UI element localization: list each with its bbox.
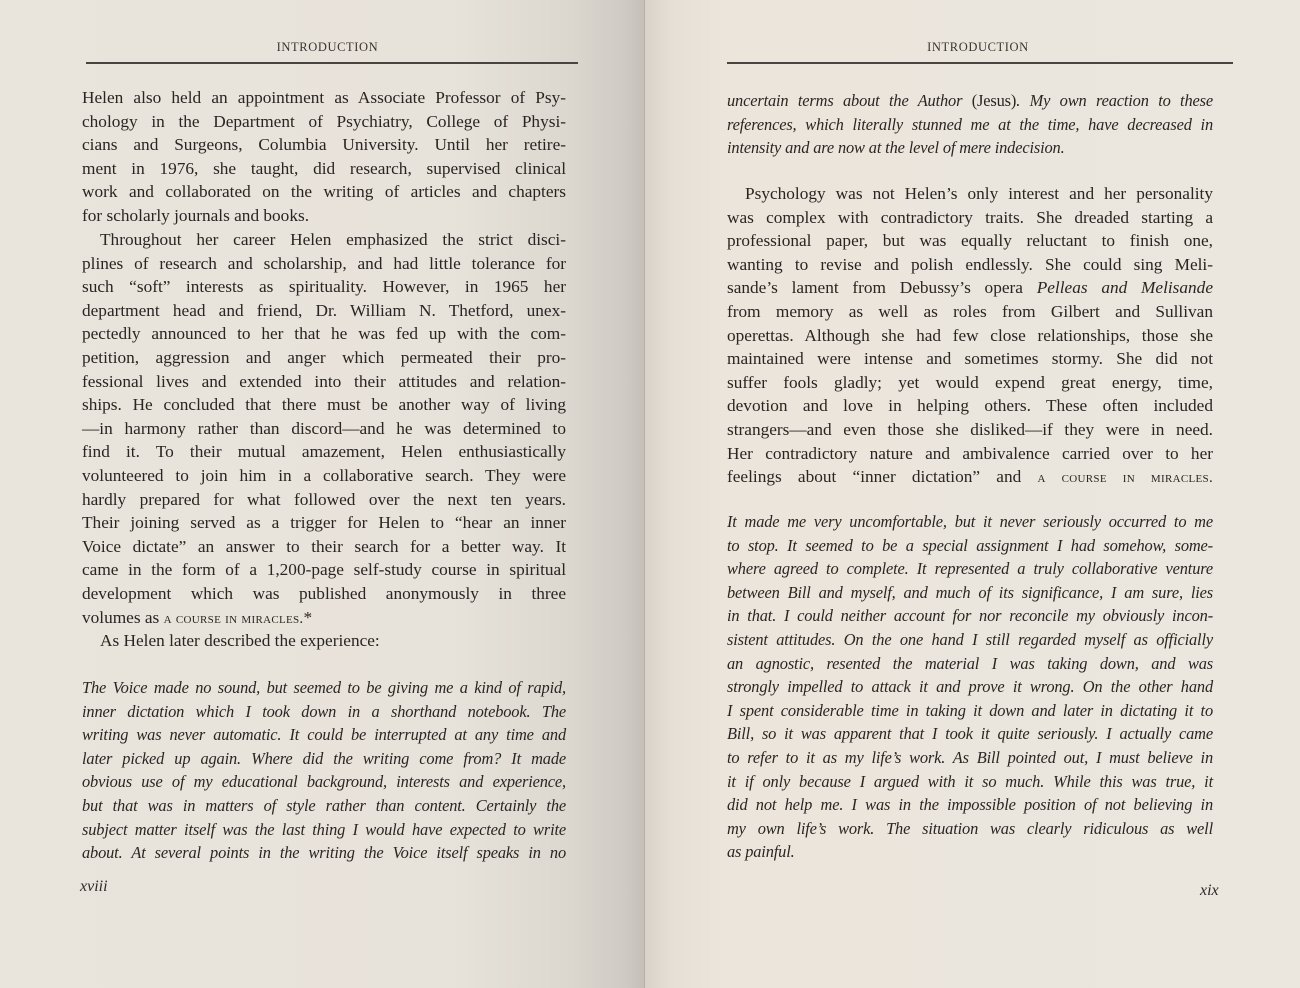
text-line: pectedly announced to her that he was fe… <box>82 322 566 346</box>
text-line: was complex with contradictory traits. S… <box>727 206 1213 230</box>
text-line: volumes as a course in miracles.* <box>82 606 566 632</box>
text-line: did not help me. I was in the impossible… <box>727 793 1213 817</box>
text-fragment: sande’s lament from Debussy’s opera <box>727 278 1037 297</box>
text-line: Psychology was not Helen’s only interest… <box>727 182 1213 206</box>
text-line: where agreed to complete. It represented… <box>727 557 1213 581</box>
text-line: chology in the Department of Psychiatry,… <box>82 110 566 134</box>
text-fragment: . My own reaction to these <box>1016 91 1213 110</box>
paragraph: Psychology was not Helen’s only interest… <box>727 182 1213 491</box>
text-line: The Voice made no sound, but seemed to b… <box>82 676 566 700</box>
text-line: to refer to it as my life’s work. As Bil… <box>727 746 1213 770</box>
right-quote-block: It made me very uncomfortable, but it ne… <box>727 510 1213 864</box>
text-line: Helen also held an appointment as Associ… <box>82 86 566 110</box>
header-rule-left <box>86 62 578 64</box>
text-line: sande’s lament from Debussy’s opera Pell… <box>727 276 1213 300</box>
right-page: INTRODUCTION uncertain terms about the A… <box>645 0 1300 988</box>
text-line: devotion and love in helping others. The… <box>727 394 1213 418</box>
opera-title-italic: Pelleas and Melisande <box>1037 278 1213 297</box>
block-quote: uncertain terms about the Author (Jesus)… <box>727 89 1213 160</box>
text-line: inner dictation which I took down in a s… <box>82 700 566 724</box>
text-line: Throughout her career Helen emphasized t… <box>82 228 566 252</box>
text-line: in that. I could neither account for nor… <box>727 604 1213 628</box>
book-title-smallcaps: a course in miracles. <box>1037 470 1213 486</box>
left-body-paragraph-1: Helen also held an appointment as Associ… <box>82 86 566 228</box>
text-line: between Bill and myself, and much of its… <box>727 581 1213 605</box>
running-head-left: INTRODUCTION <box>80 40 575 55</box>
text-line: came in the form of a 1,200-page self-st… <box>82 558 566 582</box>
text-line: but that was in matters of style rather … <box>82 794 566 818</box>
text-line: cians and Surgeons, Columbia University.… <box>82 133 566 157</box>
right-quote-continued: uncertain terms about the Author (Jesus)… <box>727 89 1213 160</box>
text-line: from memory as well as roles from Gilber… <box>727 300 1213 324</box>
footnote-marker: * <box>303 608 312 627</box>
text-line: obvious use of my educational background… <box>82 770 566 794</box>
text-fragment-roman: (Jesus) <box>972 91 1016 110</box>
text-line: it if only because I argued with it so m… <box>727 770 1213 794</box>
text-line: find it. To their mutual amazement, Hele… <box>82 440 566 464</box>
text-line: professional paper, but was equally relu… <box>727 229 1213 253</box>
left-body-paragraph-2: Throughout her career Helen emphasized t… <box>82 228 566 631</box>
left-page: INTRODUCTION Helen also held an appointm… <box>0 0 645 988</box>
text-line: later picked up again. Where did the wri… <box>82 747 566 771</box>
text-line: uncertain terms about the Author (Jesus)… <box>727 89 1213 113</box>
page-number-left: xviii <box>80 878 108 896</box>
text-line: wanting to revise and polish endlessly. … <box>727 253 1213 277</box>
text-line: intensity and are now at the level of me… <box>727 136 1213 160</box>
text-line: feelings about “inner dictation” and a c… <box>727 465 1213 491</box>
left-quote-block: The Voice made no sound, but seemed to b… <box>82 676 566 865</box>
paragraph: Helen also held an appointment as Associ… <box>82 86 566 228</box>
left-body-paragraph-3: As Helen later described the experience: <box>82 629 566 653</box>
text-line: to stop. It seemed to be a special assig… <box>727 534 1213 558</box>
text-line: development which was published anonymou… <box>82 582 566 606</box>
text-line: It made me very uncomfortable, but it ne… <box>727 510 1213 534</box>
text-line: fessional lives and extended into their … <box>82 370 566 394</box>
text-fragment: feelings about “inner dictation” and <box>727 467 1037 486</box>
text-line: subject matter itself was the last thing… <box>82 818 566 842</box>
block-quote: The Voice made no sound, but seemed to b… <box>82 676 566 865</box>
text-line: ships. He concluded that there must be a… <box>82 393 566 417</box>
text-line: references, which literally stunned me a… <box>727 113 1213 137</box>
text-line: about. At several points in the writing … <box>82 841 566 865</box>
text-line: volunteered to join him in a collaborati… <box>82 464 566 488</box>
text-fragment: uncertain terms about the Author <box>727 91 972 110</box>
running-head-right: INTRODUCTION <box>728 40 1228 55</box>
book-title-smallcaps: a course in miracles. <box>164 611 304 627</box>
text-line: such “soft” interests as spirituality. H… <box>82 275 566 299</box>
right-body-paragraph: Psychology was not Helen’s only interest… <box>727 182 1213 491</box>
text-line: as painful. <box>727 840 1213 864</box>
text-line: suffer fools gladly; yet would expend gr… <box>727 371 1213 395</box>
text-line: department head and friend, Dr. William … <box>82 299 566 323</box>
book-spread: INTRODUCTION Helen also held an appointm… <box>0 0 1300 988</box>
text-line: writing was never automatic. It could be… <box>82 723 566 747</box>
paragraph: As Helen later described the experience: <box>82 629 566 653</box>
text-line: Their joining served as a trigger for He… <box>82 511 566 535</box>
text-line: I spent considerable time in taking it d… <box>727 699 1213 723</box>
text-line: —in harmony rather than discord—and he w… <box>82 417 566 441</box>
text-line: an agnostic, resented the material I was… <box>727 652 1213 676</box>
text-line: petition, aggression and anger which per… <box>82 346 566 370</box>
text-line: maintained were intense and sometimes st… <box>727 347 1213 371</box>
text-line: Bill, so it was apparent that I took it … <box>727 722 1213 746</box>
text-line: work and collaborated on the writing of … <box>82 180 566 204</box>
text-line: As Helen later described the experience: <box>82 629 566 653</box>
text-line: Voice dictate” an answer to their search… <box>82 535 566 559</box>
text-line: operettas. Although she had few close re… <box>727 324 1213 348</box>
text-line: Her contradictory nature and ambivalence… <box>727 442 1213 466</box>
text-fragment: volumes as <box>82 608 164 627</box>
text-line: my own life’s work. The situation was cl… <box>727 817 1213 841</box>
text-line: strangers—and even those she disliked—if… <box>727 418 1213 442</box>
block-quote: It made me very uncomfortable, but it ne… <box>727 510 1213 864</box>
text-line: strongly impelled to attack it and prove… <box>727 675 1213 699</box>
page-number-right: xix <box>1200 882 1219 900</box>
text-line: plines of research and scholarship, and … <box>82 252 566 276</box>
text-line: for scholarly journals and books. <box>82 204 566 228</box>
paragraph: Throughout her career Helen emphasized t… <box>82 228 566 631</box>
header-rule-right <box>727 62 1233 64</box>
text-line: sistent attitudes. On the one hand I sti… <box>727 628 1213 652</box>
text-line: ment in 1976, she taught, did research, … <box>82 157 566 181</box>
text-line: hardly prepared for what followed over t… <box>82 488 566 512</box>
